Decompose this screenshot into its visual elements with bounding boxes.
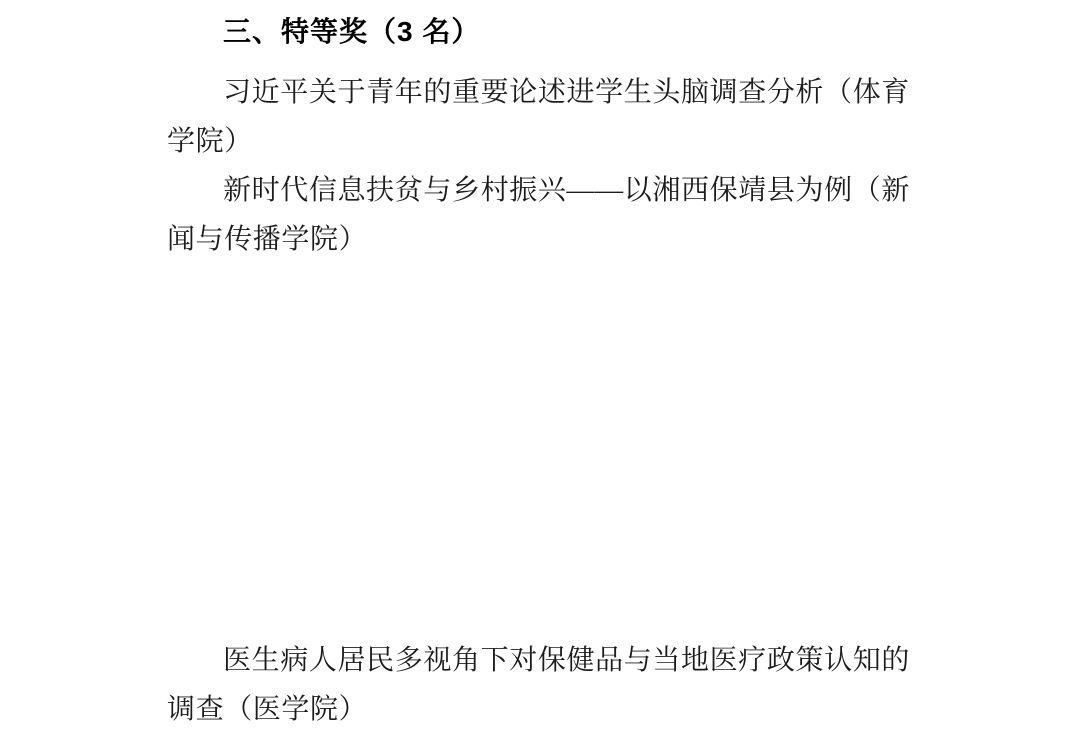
award-entry-3: 医生病人居民多视角下对保健品与当地医疗政策认知的调查（医学院） <box>167 636 910 733</box>
award-entry-1: 习近平关于青年的重要论述进学生头脑调查分析（体育学院） <box>167 68 910 166</box>
section-heading: 三、特等奖（3 名） <box>223 12 910 52</box>
document-page: 三、特等奖（3 名） 习近平关于青年的重要论述进学生头脑调查分析（体育学院） 新… <box>0 0 1078 733</box>
blank-space <box>167 264 910 636</box>
award-entry-2: 新时代信息扶贫与乡村振兴——以湘西保靖县为例（新闻与传播学院） <box>167 166 910 264</box>
